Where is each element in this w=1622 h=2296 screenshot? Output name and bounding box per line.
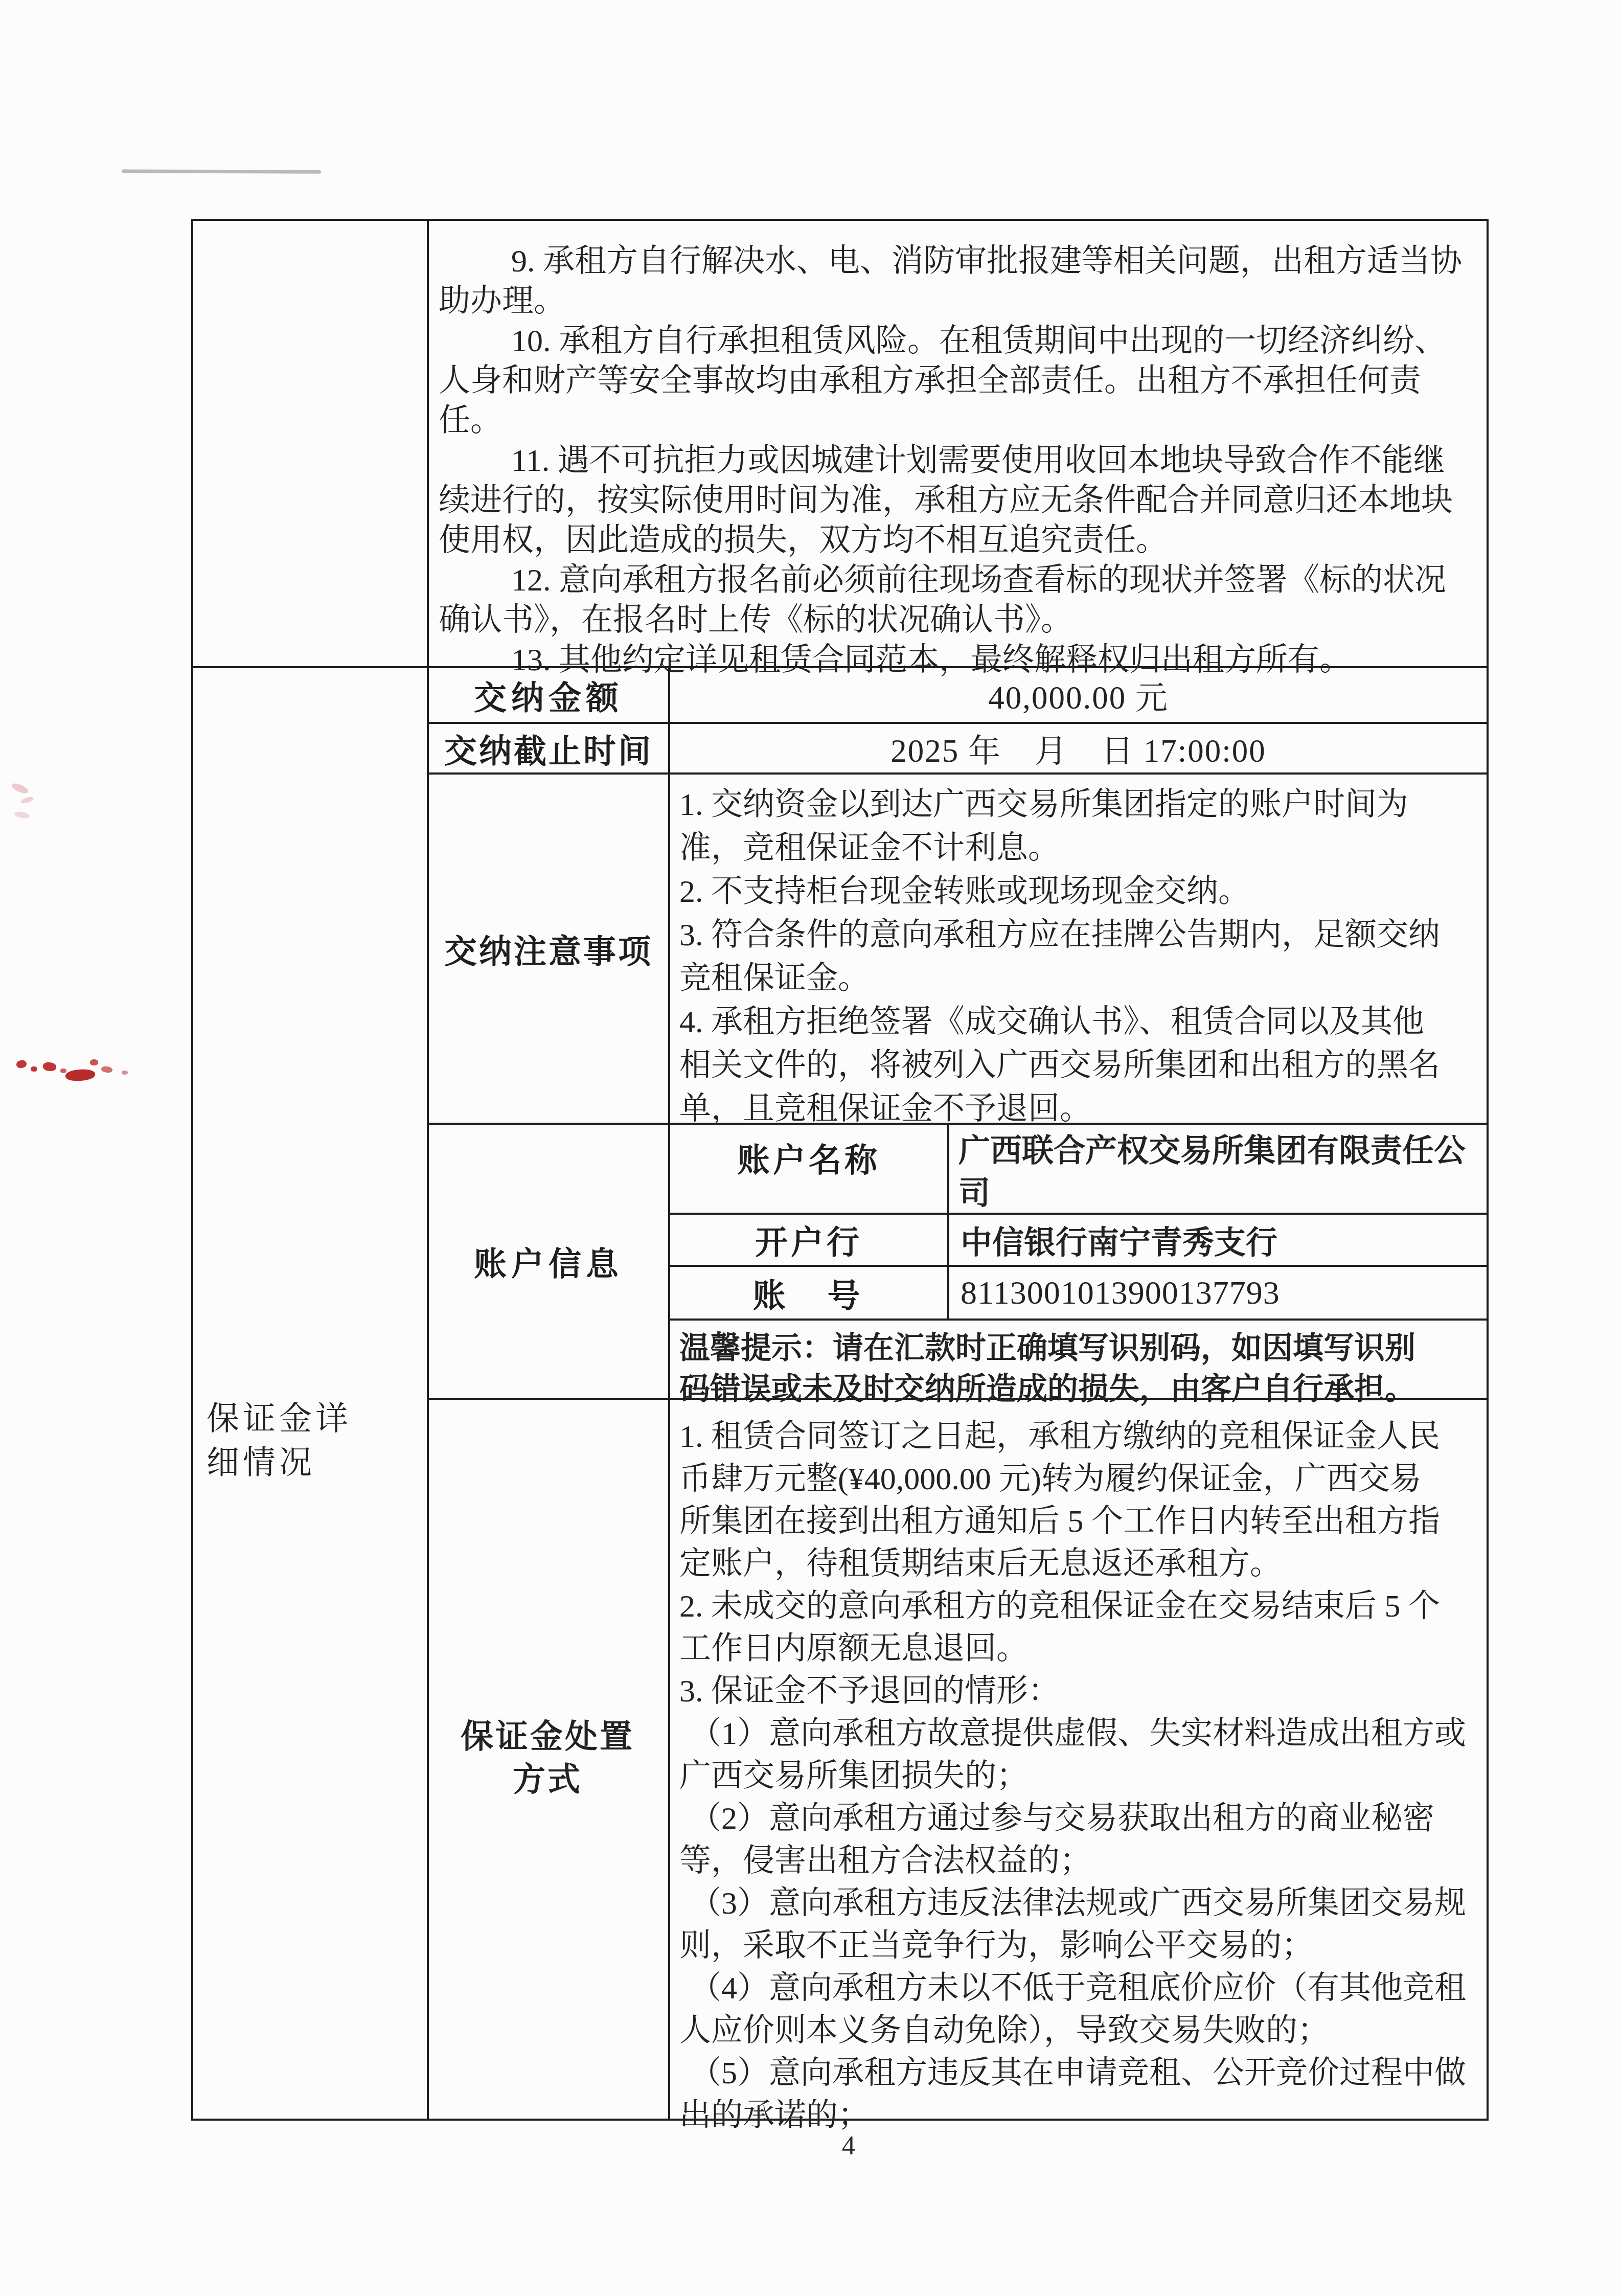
disposal-line: 所集团在接到出租方通知后 5 个工作日内转至出租方指 (679, 1501, 1482, 1543)
deposit-details-label-line2: 细情况 (207, 1441, 352, 1485)
disposal-line: 币肆万元整(¥40,000.00 元)转为履约保证金，广西交易 (679, 1458, 1482, 1501)
disposal-line: （1）意向承租方故意提供虚假、失实材料造成出租方或 (679, 1713, 1482, 1755)
pay-notes-line: 2. 不支持柜台现金转账或现场现金交纳。 (679, 870, 1479, 914)
pay-amount-label-cell: 交纳金额 (429, 668, 668, 722)
account-number-value-cell: 8113001013900137793 (949, 1267, 1487, 1319)
account-info-label: 账户信息 (474, 1238, 623, 1285)
account-number-label-cell: 账 号 (670, 1267, 947, 1319)
disposal-line: 人应价则本义务自动免除），导致交易失败的； (679, 2010, 1482, 2052)
pay-amount-value: 40,000.00 元 (988, 672, 1169, 718)
terms-line: 续进行的，按实际使用时间为准，承租方应无条件配合并同意归还本地块 (439, 481, 1476, 520)
disposal-line: 则，采取不正当竞争行为，影响公平交易的； (679, 1925, 1482, 1967)
account-info-label-cell: 账户信息 (429, 1125, 668, 1398)
disposal-line: （2）意向承租方通过参与交易获取出租方的商业秘密 (679, 1798, 1482, 1840)
terms-line: 助办理。 (439, 281, 1476, 321)
disposal-line: 广西交易所集团损失的； (679, 1755, 1482, 1798)
pay-notes-label-cell: 交纳注意事项 (429, 775, 668, 1123)
scanned-document-page: 9. 承租方自行解决水、电、消防审批报建等相关问题，出租方适当协 助办理。 10… (0, 0, 1622, 2296)
disposal-line: 3. 保证金不予退回的情形： (679, 1670, 1482, 1713)
account-name-label: 账户名称 (737, 1134, 880, 1181)
disposal-line: 定账户，待租赁期结束后无息返还承租方。 (679, 1543, 1482, 1585)
scan-smudge (122, 169, 321, 173)
disposal-line: （3）意向承租方违反法律法规或广西交易所集团交易规 (679, 1882, 1482, 1925)
terms-line: 使用权，因此造成的损失，双方均不相互追究责任。 (439, 520, 1476, 560)
document-table: 9. 承租方自行解决水、电、消防审批报建等相关问题，出租方适当协 助办理。 10… (191, 219, 1489, 2121)
bank-value-cell: 中信银行南宁青秀支行 (949, 1215, 1487, 1265)
page-number: 4 (818, 2131, 879, 2161)
pay-deadline-value-cell: 2025 年 月 日 17:00:00 (670, 724, 1487, 772)
terms-line: 10. 承租方自行承担租赁风险。在租赁期间中出现的一切经济纠纷、 (439, 321, 1476, 361)
disposal-line: （4）意向承租方未以不低于竞租底价应价（有其他竞租 (679, 1967, 1482, 2010)
pay-notes-line: 1. 交纳资金以到达广西交易所集团指定的账户时间为 (679, 783, 1479, 827)
disposal-line: 1. 租赁合同签订之日起，承租方缴纳的竞租保证金人民 (679, 1416, 1482, 1458)
column-divider-label (668, 666, 670, 2119)
deposit-disposal-label-line2: 方式 (513, 1758, 582, 1801)
pay-deadline-value: 2025 年 月 日 17:00:00 (890, 725, 1266, 771)
deposit-disposal-label-cell: 保证金处置 方式 (427, 1398, 668, 2119)
pay-deadline-label-cell: 交纳截止时间 (429, 724, 668, 772)
pay-amount-value-cell: 40,000.00 元 (670, 668, 1487, 722)
pay-deadline-label: 交纳截止时间 (444, 725, 653, 772)
pay-notes-line: 3. 符合条件的意向承租方应在挂牌公告期内，足额交纳 (679, 914, 1479, 957)
pay-notes-line: 准，竞租保证金不计利息。 (679, 827, 1479, 870)
terms-line: 11. 遇不可抗拒力或因城建计划需要使用收回本地块导致合作不能继 (439, 441, 1476, 481)
pay-notes-text-block: 1. 交纳资金以到达广西交易所集团指定的账户时间为 准，竞租保证金不计利息。 2… (679, 783, 1479, 1131)
pay-notes-line: 相关文件的，将被列入广西交易所集团和出租方的黑名 (679, 1044, 1479, 1087)
pay-notes-label: 交纳注意事项 (444, 925, 653, 972)
deposit-details-label-line1: 保证金详 (207, 1397, 352, 1441)
account-name-label-cell: 账户名称 (670, 1123, 947, 1179)
transfer-notice-line: 温馨提示：请在汇款时正确填写识别码，如因填写识别 (679, 1328, 1477, 1369)
bank-value: 中信银行南宁青秀支行 (961, 1217, 1277, 1263)
row-divider-account-number (668, 1319, 1487, 1321)
transfer-notice-block: 温馨提示：请在汇款时正确填写识别码，如因填写识别 码错误或未及时交纳所造成的损失… (679, 1328, 1477, 1410)
disposal-line: （5）意向承租方违反其在申请竞租、公开竞价过程中做 (679, 2052, 1482, 2095)
deposit-disposal-text-block: 1. 租赁合同签订之日起，承租方缴纳的竞租保证金人民 币肆万元整(¥40,000… (679, 1416, 1482, 2137)
terms-text-block: 9. 承租方自行解决水、电、消防审批报建等相关问题，出租方适当协 助办理。 10… (439, 241, 1476, 680)
deposit-disposal-label-line1: 保证金处置 (461, 1715, 634, 1758)
disposal-line: 等，侵害出租方合法权益的； (679, 1840, 1482, 1882)
pay-amount-label: 交纳金额 (474, 672, 623, 719)
bank-label: 开户行 (755, 1216, 862, 1263)
pay-notes-line: 竞租保证金。 (679, 957, 1479, 1001)
account-number-label: 账 号 (753, 1269, 865, 1316)
terms-line: 任。 (439, 401, 1476, 441)
account-name-value: 广西联合产权交易所集团有限责任公司 (958, 1130, 1477, 1215)
terms-line: 人身和财产等安全事故均由承租方承担全部责任。出租方不承担任何责 (439, 361, 1476, 401)
pay-notes-line: 4. 承租方拒绝签署《成交确认书》、租赁合同以及其他 (679, 1001, 1479, 1044)
disposal-line: 工作日内原额无息退回。 (679, 1628, 1482, 1670)
terms-line: 12. 意向承租方报名前必须前往现场查看标的现状并签署《标的状况 (439, 560, 1476, 600)
account-number-value: 8113001013900137793 (961, 1274, 1280, 1312)
transfer-notice-line: 码错误或未及时交纳所造成的损失，由客户自行承担。 (679, 1369, 1477, 1410)
bank-label-cell: 开户行 (670, 1215, 947, 1265)
disposal-line: 2. 未成交的意向承租方的竞租保证金在交易结束后 5 个 (679, 1585, 1482, 1628)
terms-line: 确认书》，在报名时上传《标的状况确认书》。 (439, 600, 1476, 640)
terms-line: 9. 承租方自行解决水、电、消防审批报建等相关问题，出租方适当协 (439, 241, 1476, 281)
deposit-details-section-label: 保证金详 细情况 (207, 1397, 352, 1485)
disposal-line: 出的承诺的； (679, 2095, 1482, 2137)
